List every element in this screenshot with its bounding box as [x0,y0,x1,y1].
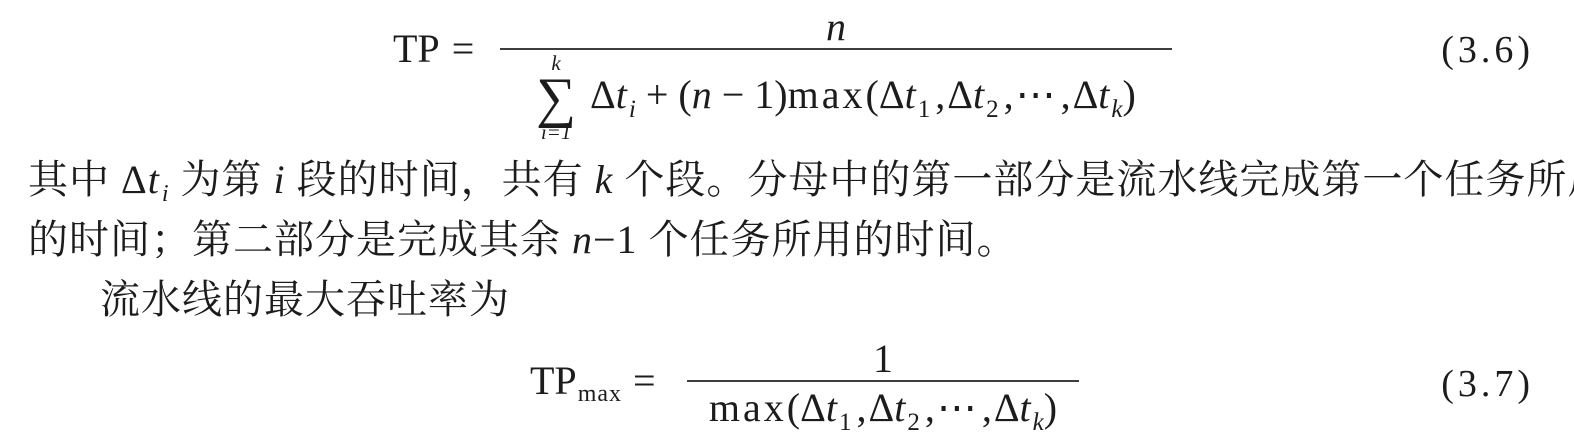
max-operator: max [709,385,787,430]
cjk-text: 个任务所用的时间。 [638,217,1018,262]
comma: , [999,72,1016,117]
open-paren: ( [787,385,800,430]
max-subscript: max [578,381,622,407]
subscript-2: 2 [986,96,999,123]
delta-symbol: Δ [994,385,1020,430]
subscript-i: i [629,96,636,123]
paragraph-line-3: 流水线的最大吞吐率为 [100,276,510,324]
cjk-text: 流水线的最大吞吐率为 [100,277,510,322]
numerator: n [826,6,846,48]
k-variable: k [595,157,614,202]
minus-one: −1 [593,217,638,262]
t-variable: t [1020,385,1031,430]
t-variable: t [905,72,916,117]
cjk-text: 其中 [28,157,121,202]
plus-open-paren: + ( [636,72,692,117]
denominator: k∑i=1 Δti + (n − 1)max(Δt1,Δt2,⋯,Δtk) [536,50,1136,143]
denominator-expression: Δti + (n − 1)max(Δt1,Δt2,⋯,Δtk) [590,72,1136,124]
equation-3-6: TP= n k∑i=1 Δti + (n − 1)max(Δt1,Δt2,⋯,Δ… [0,0,1574,152]
t-variable: t [616,72,627,117]
denominator: max(Δt1,Δt2,⋯,Δtk) [709,382,1057,434]
subscript-k: k [1111,96,1122,123]
comma: , [851,385,868,430]
n-variable: n [692,72,712,117]
denominator-expression: max(Δt1,Δt2,⋯,Δtk) [709,385,1057,434]
summation: k∑i=1 [536,53,576,143]
numerator: 1 [873,338,893,380]
tp-symbol: TP [530,358,577,403]
i-variable: i [274,157,286,202]
minus-one-close-paren: − 1) [712,72,788,117]
equation-number-3-6: (3.6) [1441,30,1534,70]
equation-3-7-lhs: TPmax= [530,360,656,408]
delta-symbol: Δ [800,385,826,430]
t-variable: t [148,157,160,202]
max-operator: max [788,72,866,117]
delta-symbol: Δ [947,72,973,117]
t-variable: t [973,72,984,117]
delta-symbol: Δ [868,385,894,430]
sum-lower-limit: i=1 [541,122,572,143]
comma: , [920,385,937,430]
cjk-text: 为第 [170,157,274,202]
equation-3-7: TPmax= 1 max(Δt1,Δt2,⋯,Δtk) (3.7) [0,330,1574,434]
subscript-2: 2 [907,409,920,434]
tp-symbol: TP [393,26,440,71]
subscript-1: 1 [839,409,852,434]
close-paren: ) [1123,72,1136,117]
close-paren: ) [1044,385,1057,430]
n-variable: n [572,217,593,262]
textbook-page: TP= n k∑i=1 Δti + (n − 1)max(Δt1,Δt2,⋯,Δ… [0,0,1574,434]
equation-number-3-7: (3.7) [1441,364,1534,404]
delta-symbol: Δ [121,157,148,202]
t-variable: t [826,385,837,430]
comma: , [1056,72,1073,117]
comma: , [977,385,994,430]
subscript-i: i [162,181,170,207]
cjk-text: 段的时间，共有 [286,157,595,202]
t-variable: t [894,385,905,430]
midline-ellipsis: ⋯ [1016,72,1056,117]
equation-3-6-lhs: TP= [393,28,474,70]
paragraph-line-2: 的时间；第二部分是完成其余 n−1 个任务所用的时间。 [28,216,1018,264]
equals-sign: = [452,26,475,71]
t-variable: t [1098,72,1109,117]
sigma-symbol: ∑ [536,74,576,122]
equals-sign: = [633,358,656,403]
fraction: 1 max(Δt1,Δt2,⋯,Δtk) [687,338,1079,434]
paragraph-line-1: 其中 Δti 为第 i 段的时间，共有 k 个段。分母中的第一部分是流水线完成第… [28,156,1574,210]
subscript-1: 1 [918,96,931,123]
delta-symbol: Δ [1073,72,1099,117]
subscript-k: k [1033,409,1044,434]
open-paren: ( [866,72,879,117]
cjk-text: 的时间；第二部分是完成其余 [28,217,572,262]
fraction: n k∑i=1 Δti + (n − 1)max(Δt1,Δt2,⋯,Δtk) [500,6,1172,143]
cjk-text: 个段。分母中的第一部分是流水线完成第一个任务所用 [613,157,1574,202]
delta-symbol: Δ [590,72,616,117]
midline-ellipsis: ⋯ [937,385,977,430]
comma: , [930,72,947,117]
delta-symbol: Δ [879,72,905,117]
